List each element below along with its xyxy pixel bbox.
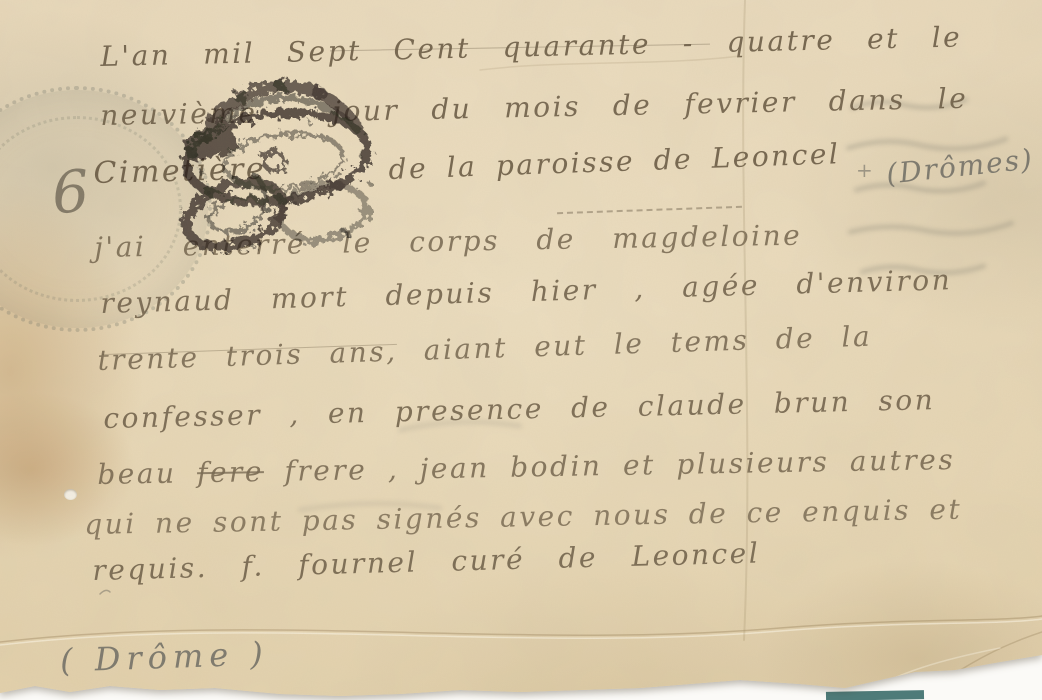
manuscript-line-10: requis. f. fournel curé de Leoncel [92,537,761,587]
manuscript-line-8: beau fere frere , jean bodin et plusieur… [97,443,955,491]
paper-sheet: neuvième jour du mois de fevrier dans le… [0,0,1042,700]
manuscript-line-2b: jour du mois de fevrier dans le [332,82,969,128]
manuscript-line-6: trente trois ans, aiant eut le tems de l… [97,320,873,377]
margin-number: 6 [50,157,92,227]
blotted-crown-ink-stamp-icon [163,66,391,264]
cross-mark: + [856,158,873,182]
paper-hole [64,489,77,500]
manuscript-line-5: reynaud mort depuis hier , agée d'enviro… [100,263,953,320]
manuscript-line-7: confesser , en presence de claude brun s… [103,383,936,435]
line-8-post: frere , jean bodin et plusieurs autres [284,443,955,488]
manuscript-line-9: qui ne sont pas signés avec nous de ce e… [84,493,962,541]
manuscript-line-3b: de la paroisse de Leoncel [388,137,841,186]
line-8-struck-word: fere [197,455,264,489]
underline-mark [557,206,742,214]
line-8-pre: beau [97,457,177,491]
pencil-note-drome-bottom: ( Drôme ) [59,634,269,679]
document-scan: neuvième jour du mois de fevrier dans le… [0,0,1042,700]
paper-wrap: neuvième jour du mois de fevrier dans le… [0,0,1042,700]
pencil-note-drome-right: (Drômes) [885,142,1036,190]
